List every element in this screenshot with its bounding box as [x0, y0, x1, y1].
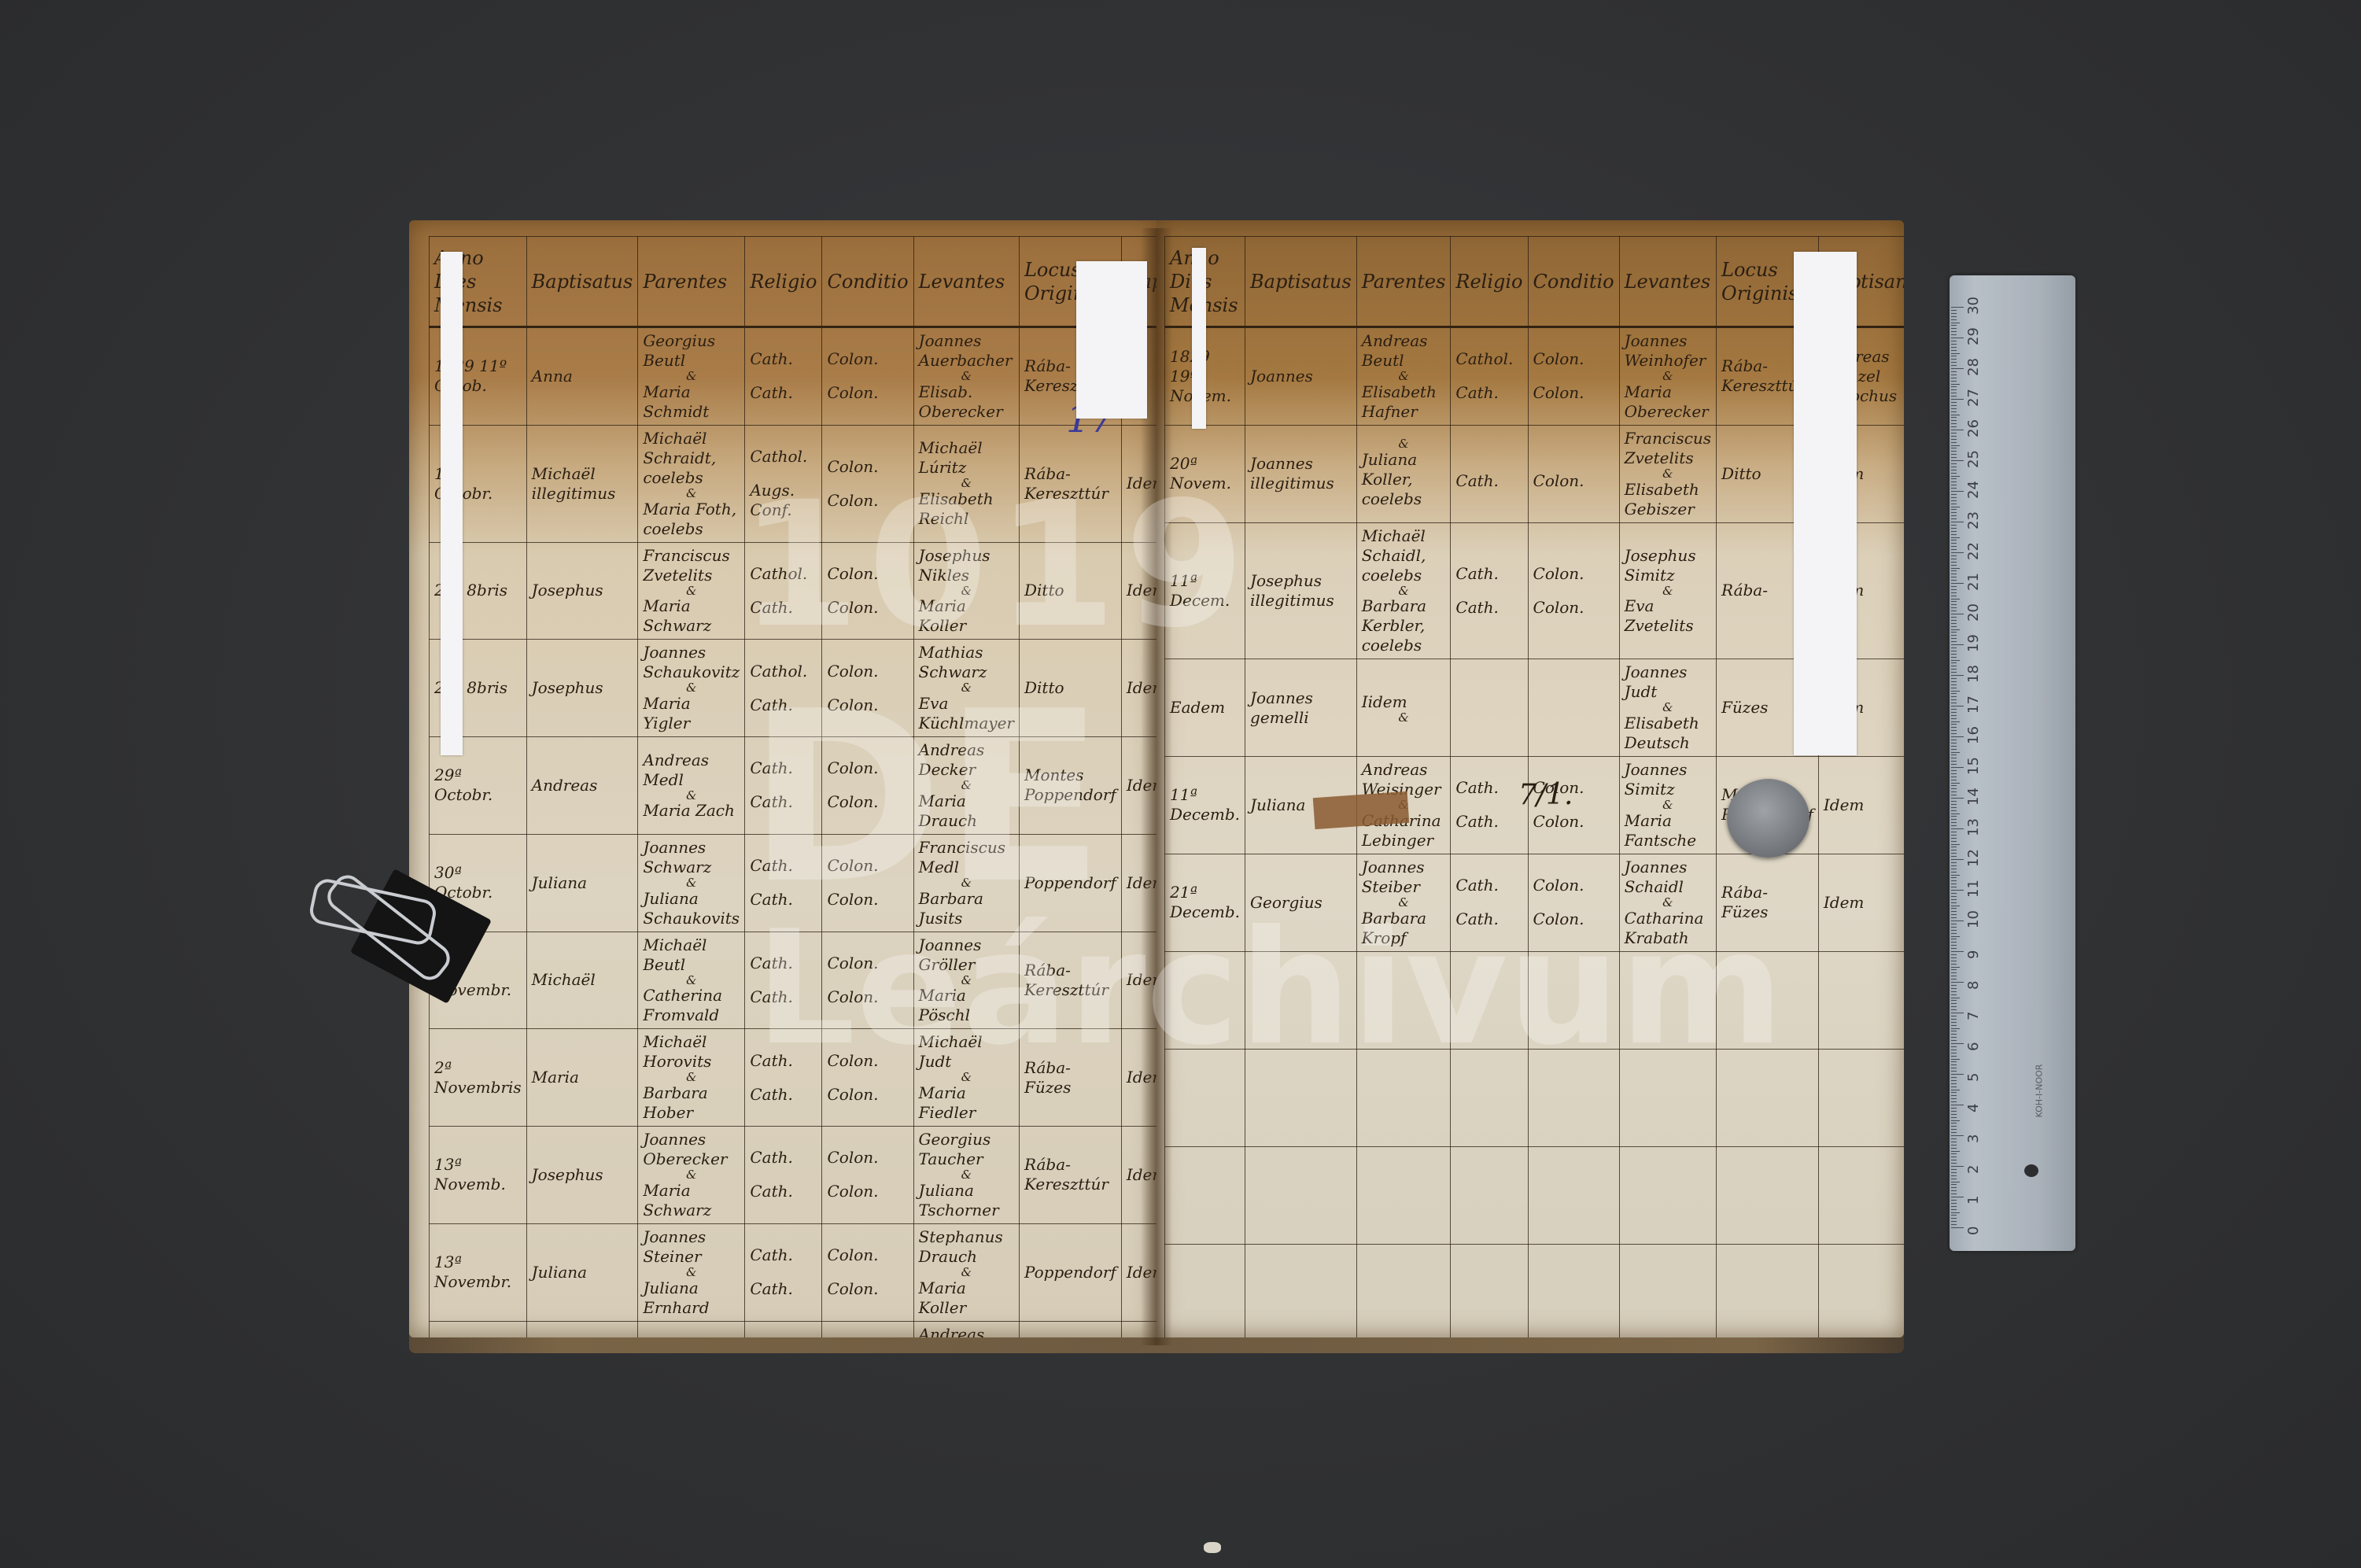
ruler-brand: KOH-I-NOOR	[2034, 1064, 2044, 1118]
entry-religion: Cathol.Augs. Conf.	[745, 425, 822, 542]
ruler-mm-tick	[1951, 678, 1957, 679]
page-weight	[1727, 779, 1809, 858]
entry-date: 11ª Decemb.	[1165, 757, 1245, 854]
entry-child: Joannes gemelli	[1245, 659, 1357, 757]
paper-fragment	[1204, 1542, 1221, 1553]
ruler-mm-tick	[1951, 1117, 1957, 1118]
entry-origin: Rába-Füzes	[1717, 854, 1819, 951]
ruler-tick	[1951, 890, 1964, 891]
father-name: Joannes Schwarz	[643, 838, 711, 876]
ruler-label: 26	[1965, 419, 1982, 437]
entry-parents: Stephanus Krabath&Eva Jost	[638, 1321, 745, 1337]
register-entry: 13ª Novembr.JulianaJoannes Steiner&Julia…	[430, 1223, 1157, 1321]
godfather-name: Franciscus Medl	[919, 838, 1005, 876]
ruler-mm-tick	[1951, 580, 1957, 581]
ruler-mm-tick	[1951, 328, 1957, 329]
godfather-name: Josephus Nikles	[919, 546, 991, 585]
godfather-name: Joannes Gröller	[919, 935, 982, 974]
ruler-mm-tick	[1951, 721, 1960, 722]
entry-godparents: Joannes Auerbacher&Elisab. Oberecker	[913, 327, 1019, 426]
ruler-mm-tick	[1951, 841, 1957, 842]
father-name: Georgius Beutl	[643, 331, 715, 370]
ruler-mm-tick	[1951, 562, 1957, 563]
ruler-mm-tick	[1951, 525, 1957, 526]
ruler-mm-tick	[1951, 1123, 1957, 1123]
ruler-tick	[1951, 675, 1964, 676]
ruler-mm-tick	[1951, 651, 1957, 651]
register-entry: 1829 11º Octob.AnnaGeorgius Beutl&Maria …	[430, 327, 1157, 426]
ruler-mm-tick	[1951, 359, 1957, 360]
ruler-mm-tick	[1951, 396, 1957, 397]
ruler-tick	[1951, 644, 1964, 645]
ruler-mm-tick	[1951, 758, 1957, 758]
godfather-name: Andreas Deutsch	[919, 1325, 985, 1338]
ruler-tick	[1951, 828, 1964, 829]
entry-origin: Rába-Kereszttúr	[1019, 932, 1121, 1029]
ruler-mm-tick	[1951, 1184, 1957, 1185]
entry-child: Juliana	[526, 1223, 638, 1321]
godfather-name: Stephanus Drauch	[919, 1227, 1003, 1266]
ruler-mm-tick	[1951, 420, 1957, 421]
entry-religion: Cath.Cath.	[1451, 522, 1528, 659]
ruler-mm-tick	[1951, 356, 1957, 356]
ruler-tick	[1951, 1105, 1964, 1105]
entry-child: Josephus	[526, 1127, 638, 1224]
ruler-mm-tick	[1951, 672, 1957, 673]
ruler-mm-tick	[1951, 316, 1957, 317]
ruler-mm-tick	[1951, 810, 1957, 811]
ruler-label: 23	[1965, 511, 1982, 529]
ruler-mm-tick	[1951, 914, 1957, 915]
godmother-name: Elisabeth Gebiszer	[1625, 480, 1699, 518]
ruler-mm-tick	[1951, 1087, 1957, 1087]
ruler-mm-tick	[1951, 540, 1957, 540]
ruler-mm-tick	[1951, 1224, 1957, 1225]
ruler-mm-tick	[1951, 939, 1957, 939]
ruler-mm-tick	[1951, 724, 1957, 725]
ruler-mm-tick	[1951, 749, 1957, 750]
ruler-mm-tick	[1951, 819, 1957, 820]
ruler-tick	[1951, 307, 1964, 308]
ruler-mm-tick	[1951, 924, 1957, 924]
ruler-mm-tick	[1951, 1061, 1957, 1062]
mother-name: Juliana Koller, coelebs	[1362, 450, 1422, 508]
entry-child: Joannes illegitimus	[1245, 425, 1357, 522]
ruler-mm-tick	[1951, 454, 1957, 455]
ruler-mm-tick	[1951, 325, 1957, 326]
ruler-mm-tick	[1951, 626, 1957, 627]
ruler-mm-tick	[1951, 957, 1957, 958]
ruler-mm-tick	[1951, 1175, 1957, 1176]
entry-condition: Colon.Colon.	[822, 327, 913, 426]
ruler-label: 10	[1965, 910, 1982, 928]
ruler-mm-tick	[1951, 877, 1957, 878]
ruler-mm-tick	[1951, 691, 1960, 692]
ruler-mm-tick	[1951, 374, 1957, 375]
ruler-mm-tick	[1951, 832, 1957, 832]
ruler-mm-tick	[1951, 933, 1957, 934]
ruler-mm-tick	[1951, 635, 1957, 636]
ruler-mm-tick	[1951, 568, 1960, 569]
ruler-mm-tick	[1951, 1022, 1957, 1023]
ruler-tick	[1951, 706, 1964, 707]
ruler-label: 7	[1965, 1012, 1982, 1020]
ruler-mm-tick	[1951, 976, 1957, 976]
entry-condition: Colon.Colon.	[822, 640, 913, 737]
entry-origin: Ditto	[1019, 640, 1121, 737]
header-row: Anno Dies Mensis Baptisatus Parentes Rel…	[430, 237, 1157, 327]
entry-religion: Cath.Cath.	[1451, 757, 1528, 854]
ruler-mm-tick	[1951, 703, 1957, 703]
ruler-mm-tick	[1951, 1037, 1957, 1038]
entry-parents: Andreas Beutl&Elisabeth Hafner	[1356, 327, 1451, 426]
ruler-mm-tick	[1951, 770, 1957, 771]
entry-condition: Colon.Colon.	[822, 425, 913, 542]
ruler-mm-tick	[1951, 445, 1960, 446]
ruler-mm-tick	[1951, 331, 1957, 332]
ruler-tick	[1951, 338, 1964, 338]
ruler-mm-tick	[1951, 1203, 1957, 1204]
ruler-mm-tick	[1951, 604, 1957, 605]
ampersand: &	[1362, 710, 1446, 725]
ruler-label: 13	[1965, 818, 1982, 836]
ruler-mm-tick	[1951, 350, 1957, 351]
entry-religion: Cath.Cath.	[745, 737, 822, 835]
ruler-tick	[1951, 1135, 1964, 1136]
ruler-mm-tick	[1951, 1092, 1957, 1093]
entry-religion: Cathol.Cath.	[745, 542, 822, 640]
ruler-mm-tick	[1951, 1153, 1957, 1154]
ruler-mm-tick	[1951, 531, 1957, 532]
godmother-name: Maria Drauch	[919, 791, 977, 830]
paper-repair-tape	[1313, 791, 1409, 829]
entry-condition: Colon.Colon.	[822, 542, 913, 640]
entry-religion: Cathol.Cath.	[745, 640, 822, 737]
ruler-mm-tick	[1951, 1169, 1957, 1170]
register-entry: 21ª Decemb.GeorgiusJoannes Steiber&Barba…	[1165, 854, 1905, 951]
entry-condition: Colon.Colon.	[822, 1223, 913, 1321]
ruler-mm-tick	[1951, 699, 1957, 700]
ruler-mm-tick	[1951, 344, 1957, 345]
ruler-tick	[1951, 399, 1964, 400]
entry-child: Juliana	[526, 834, 638, 932]
ruler-mm-tick	[1951, 518, 1957, 519]
ruler-mm-tick	[1951, 509, 1957, 510]
ruler-mm-tick	[1951, 807, 1957, 808]
entry-godparents: Joannes Judt&Elisabeth Deutsch	[1619, 659, 1716, 757]
ruler-mm-tick	[1951, 1040, 1957, 1041]
ruler-mm-tick	[1951, 638, 1957, 639]
mother-name: Maria Schwarz	[643, 596, 711, 635]
entry-origin: Poppendorf	[1019, 834, 1121, 932]
col-godparents: Levantes	[913, 237, 1019, 327]
ruler-mm-tick	[1951, 835, 1957, 836]
ruler-mm-tick	[1951, 1068, 1957, 1068]
ruler-mm-tick	[1951, 371, 1957, 372]
entry-godparents: Mathias Schwarz&Eva Küchlmayer	[913, 640, 1019, 737]
entry-godparents: Michaël Judt&Maria Fiedler	[913, 1029, 1019, 1127]
ruler-mm-tick	[1951, 936, 1960, 937]
ruler-mm-tick	[1951, 967, 1960, 968]
mother-name: Juliana Schaukovits	[643, 889, 740, 928]
entry-condition: Colon.Colon.	[822, 1029, 913, 1127]
ruler-mm-tick	[1951, 574, 1957, 574]
ruler-mm-tick	[1951, 740, 1957, 740]
ruler-mm-tick	[1951, 865, 1957, 866]
godmother-name: Maria Fiedler	[919, 1083, 976, 1122]
ruler-mm-tick	[1951, 657, 1957, 658]
register-book: Anno Dies Mensis Baptisatus Parentes Rel…	[401, 220, 1912, 1353]
entry-date: 13ª Novemb.	[430, 1127, 527, 1224]
ruler-mm-tick	[1951, 389, 1957, 390]
ruler-mm-tick	[1951, 1145, 1957, 1146]
ruler-mm-tick	[1951, 754, 1957, 755]
ruler-mm-tick	[1951, 847, 1957, 847]
ruler-mm-tick	[1951, 1151, 1960, 1152]
register-entry: 18ª Octobr.Michaël illegitimusMichaël Sc…	[430, 425, 1157, 542]
ruler-mm-tick	[1951, 773, 1957, 774]
ruler-mm-tick	[1951, 1111, 1957, 1112]
ruler-mm-tick	[1951, 872, 1957, 873]
entry-origin: Ditto	[1019, 542, 1121, 640]
ruler-mm-tick	[1951, 470, 1957, 470]
register-entry: 2ª NovembrisMariaMichaël Horovits&Barbar…	[430, 1029, 1157, 1127]
ruler-mm-tick	[1951, 559, 1957, 559]
mother-name: Catherina Fromvald	[643, 986, 722, 1024]
ruler-mm-tick	[1951, 727, 1957, 728]
mother-name: Elisabeth Hafner	[1362, 382, 1437, 421]
ruler-mm-tick	[1951, 942, 1957, 943]
ruler-mm-tick	[1951, 788, 1957, 789]
ruler-mm-tick	[1951, 402, 1957, 403]
ruler-mm-tick	[1951, 596, 1957, 596]
ruler-mm-tick	[1951, 791, 1957, 792]
ruler-mm-tick	[1951, 1031, 1957, 1031]
ruler-mm-tick	[1951, 1006, 1957, 1007]
ruler-mm-tick	[1951, 448, 1957, 448]
ruler-mm-tick	[1951, 504, 1957, 504]
ruler-mm-tick	[1951, 896, 1957, 897]
godmother-name: Elisabeth Deutsch	[1625, 714, 1699, 752]
ruler-tick	[1951, 614, 1964, 614]
col-condition: Conditio	[1528, 237, 1619, 327]
entry-date: 21ª Decemb.	[1165, 854, 1245, 951]
entry-parents: Georgius Beutl&Maria Schmidt	[638, 327, 745, 426]
ruler-mm-tick	[1951, 341, 1957, 341]
mother-name: Maria Schmidt	[643, 382, 709, 421]
ruler-mm-tick	[1951, 822, 1957, 823]
ruler-label: 21	[1965, 573, 1982, 591]
ruler-mm-tick	[1951, 660, 1960, 661]
ruler-mm-tick	[1951, 1138, 1957, 1139]
ruler-mm-tick	[1951, 623, 1957, 624]
entry-date: 20ª Novem.	[1165, 425, 1245, 522]
father-name: Michaël Horovits	[643, 1032, 711, 1071]
ruler-mm-tick	[1951, 319, 1957, 320]
entry-condition: Colon.Colon.	[822, 1321, 913, 1337]
mother-name: Maria Foth, coelebs	[643, 500, 736, 538]
ruler-mm-tick	[1951, 972, 1957, 973]
ruler-tick	[1951, 921, 1964, 921]
ruler-mm-tick	[1951, 764, 1957, 765]
ruler-mm-tick	[1951, 546, 1957, 547]
ruler-mm-tick	[1951, 334, 1957, 335]
ruler-tick	[1951, 859, 1964, 860]
entry-parents: &Juliana Koller, coelebs	[1356, 425, 1451, 522]
white-slip-right	[1794, 252, 1857, 755]
entry-parents: Joannes Oberecker&Maria Schwarz	[638, 1127, 745, 1224]
entry-godparents: Josephus Nikles&Maria Koller	[913, 542, 1019, 640]
ruler-mm-tick	[1951, 1050, 1957, 1050]
ruler-mm-tick	[1951, 715, 1957, 716]
ruler-mm-tick	[1951, 795, 1957, 795]
ruler-mm-tick	[1951, 850, 1957, 850]
ruler-tick	[1951, 1227, 1964, 1228]
register-entry: 30ª Octobr.JulianaJoannes Schwarz&Julian…	[430, 834, 1157, 932]
ruler-mm-tick	[1951, 945, 1957, 946]
father-name: Franciscus Zvetelits	[643, 546, 729, 585]
ruler-mm-tick	[1951, 534, 1957, 535]
entry-child: Maria	[526, 1029, 638, 1127]
ruler-mm-tick	[1951, 733, 1957, 734]
measuring-ruler: 0123456789101112131415161718192021222324…	[1950, 275, 2075, 1251]
white-slip-left-edge	[441, 252, 463, 755]
ruler-mm-tick	[1951, 586, 1957, 587]
entry-religion: Cath.Cath.	[745, 1127, 822, 1224]
ruler-mm-tick	[1951, 1071, 1957, 1072]
godfather-name: Andreas Decker	[919, 740, 985, 779]
entry-condition: Colon.Colon.	[822, 1127, 913, 1224]
godfather-name: Michaël Lúritz	[919, 438, 983, 477]
entry-child: Andreas	[526, 737, 638, 835]
ruler-mm-tick	[1951, 718, 1957, 719]
entry-condition: Colon.	[1528, 425, 1619, 522]
empty-register-row	[1165, 1049, 1905, 1146]
ruler-mm-tick	[1951, 310, 1957, 311]
ruler-label: 12	[1965, 849, 1982, 867]
register-entry: 13ª Novemb.JosephusJoannes Oberecker&Mar…	[430, 1127, 1157, 1224]
father-name: Iidem	[1362, 692, 1407, 711]
ruler-mm-tick	[1951, 1126, 1957, 1127]
ruler-mm-tick	[1951, 423, 1957, 424]
ruler-mm-tick	[1951, 476, 1960, 477]
ruler-mm-tick	[1951, 515, 1957, 516]
ruler-mm-tick	[1951, 467, 1957, 467]
ruler-mm-tick	[1951, 1056, 1957, 1057]
ruler-mm-tick	[1951, 632, 1957, 633]
ruler-mm-tick	[1951, 1064, 1957, 1065]
ruler-mm-tick	[1951, 887, 1957, 887]
ruler-mm-tick	[1951, 662, 1957, 663]
godfather-name: Joannes Auerbacher	[919, 331, 1013, 370]
entry-condition: Colon.Colon.	[1528, 327, 1619, 426]
entry-godparents: Josephus Simitz&Eva Zvetelits	[1619, 522, 1716, 659]
ruler-mm-tick	[1951, 439, 1957, 440]
entry-godparents: Andreas Deutsch&Barbara Walles	[913, 1321, 1019, 1337]
ruler-mm-tick	[1951, 902, 1957, 903]
ruler-mm-tick	[1951, 1212, 1960, 1213]
ruler-mm-tick	[1951, 906, 1960, 906]
ruler-mm-tick	[1951, 362, 1957, 363]
empty-register-row	[1165, 1146, 1905, 1244]
father-name: Joannes Oberecker	[643, 1130, 727, 1168]
ruler-mm-tick	[1951, 1101, 1957, 1102]
godfather-name: Joannes Simitz	[1625, 760, 1688, 799]
father-name: Michaël Beutl	[643, 935, 706, 974]
ruler-mm-tick	[1951, 411, 1957, 412]
entry-origin: Rába-Füzes	[1019, 1029, 1121, 1127]
right-page: Anno Dies Mensis Baptisatus Parentes Rel…	[1157, 220, 1904, 1337]
ruler-mm-tick	[1951, 1142, 1957, 1142]
ruler-label: 9	[1965, 950, 1982, 959]
entry-parents: Joannes Steiber&Barbara Kropf	[1356, 854, 1451, 951]
ruler-mm-tick	[1951, 1218, 1957, 1219]
ruler-mm-tick	[1951, 497, 1957, 498]
entry-condition: Colon.Colon.	[822, 737, 913, 835]
ruler-mm-tick	[1951, 684, 1957, 685]
entry-godparents: Franciscus Medl&Barbara Jusits	[913, 834, 1019, 932]
entry-godparents: Joannes Schaidl&Catharina Krabath	[1619, 854, 1716, 951]
ruler-mm-tick	[1951, 408, 1957, 409]
ruler-mm-tick	[1951, 1179, 1957, 1179]
ruler-mm-tick	[1951, 457, 1957, 458]
ruler-mm-tick	[1951, 783, 1960, 784]
ruler-tick	[1951, 951, 1964, 952]
ruler-mm-tick	[1951, 570, 1957, 571]
godmother-name: Catharina Krabath	[1625, 909, 1704, 947]
entry-parents: Joannes Schaukovitz&Maria Yigler	[638, 640, 745, 737]
ruler-mm-tick	[1951, 1108, 1957, 1109]
entry-origin: Montes Rába-Füzes	[1019, 1321, 1121, 1337]
col-parents: Parentes	[1356, 237, 1451, 327]
ruler-mm-tick	[1951, 473, 1957, 474]
ruler-mm-tick	[1951, 1157, 1957, 1157]
ruler-mm-tick	[1951, 884, 1957, 884]
ruler-mm-tick	[1951, 964, 1957, 965]
father-name: Joannes Steiner	[643, 1227, 706, 1266]
mother-name: Barbara Kropf	[1362, 909, 1426, 947]
ruler-mm-tick	[1951, 908, 1957, 909]
ruler-mm-tick	[1951, 1016, 1957, 1016]
ruler-mm-tick	[1951, 761, 1957, 762]
mother-name: Barbara Hober	[643, 1083, 707, 1122]
ruler-label: 1	[1965, 1196, 1982, 1205]
ruler-tick	[1951, 1166, 1964, 1167]
ruler-mm-tick	[1951, 323, 1960, 323]
col-godparents: Levantes	[1619, 237, 1716, 327]
mother-name: Juliana Ernhard	[643, 1278, 709, 1317]
ruler-mm-tick	[1951, 696, 1957, 697]
ruler-mm-tick	[1951, 494, 1957, 495]
col-parents: Parentes	[638, 237, 745, 327]
register-entry: 1ª Novembr.MichaëlMichaël Beutl&Catherin…	[430, 932, 1157, 1029]
ruler-mm-tick	[1951, 869, 1957, 869]
ruler-mm-tick	[1951, 785, 1957, 786]
ruler-tick	[1951, 491, 1964, 492]
mother-name: Maria Zach	[643, 801, 735, 820]
entry-godparents: Joannes Gröller&Maria Pöschl	[913, 932, 1019, 1029]
entry-child: Josephus	[526, 640, 638, 737]
entry-child: Michaël	[526, 932, 638, 1029]
ruler-mm-tick	[1951, 893, 1957, 894]
ruler-mm-tick	[1951, 617, 1957, 618]
ruler-label: 6	[1965, 1042, 1982, 1051]
ruler-mm-tick	[1951, 589, 1957, 590]
ruler-mm-tick	[1951, 451, 1957, 452]
ruler-mm-tick	[1951, 1095, 1957, 1096]
godfather-name: Joannes Schaidl	[1625, 858, 1688, 896]
ruler-tick	[1951, 767, 1964, 768]
